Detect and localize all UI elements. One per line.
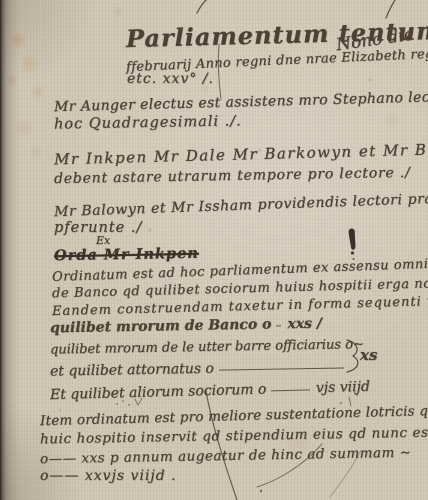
fee-connector-line	[219, 368, 344, 371]
entry-line: Mr Inkpen Mr Dale Mr Barkowyn et Mr Berk…	[54, 141, 428, 168]
ink-speck	[128, 404, 130, 406]
pen-trial-mark	[197, 0, 206, 13]
entry-line: Mr Aunger electus est assistens mro Step…	[54, 90, 428, 116]
fee-connector-line	[271, 390, 310, 392]
ink-speck	[340, 402, 342, 404]
ink-speck	[116, 403, 118, 405]
fee-label: et quilibet attornatus o	[50, 362, 214, 380]
struck-entry: Orda Mr Inkpen	[54, 246, 199, 264]
heading-regnal-year: etc. xxv° /.	[127, 72, 214, 87]
manuscript-page: Parliamentum tentum Nono die ffebruarij …	[0, 0, 428, 500]
heading-descender-stroke	[218, 44, 221, 99]
fee-connector-line	[276, 326, 281, 327]
struck-entry-superscript: Ex	[96, 235, 110, 247]
fee-label: Et quilibet aliorum sociorum o	[50, 383, 267, 404]
pen-trial-mark	[386, 0, 395, 18]
entry-line: hoc Quadragesimali ./.	[54, 114, 242, 133]
fee-row: quilibet mrorum de le utter barre offici…	[50, 338, 348, 357]
stray-stroke-dot	[260, 490, 262, 492]
fee-amount: xxs /	[287, 317, 322, 333]
fee-row: Et quilibet aliorum sociorum o vjs viijd	[50, 380, 370, 404]
fee-amount: vjs viijd	[316, 380, 370, 397]
entry-line: Mr Balowyn et Mr Issham providendis lect…	[54, 191, 428, 221]
entry-line: debent astare utrarum tempore pro lector…	[54, 166, 411, 188]
fee-row: quilibet mrorum de Banco o xxs /	[50, 317, 322, 337]
fee-bracket-amount: xs	[360, 347, 377, 364]
item-line: huic hospitio inservit qd stipendium eiu…	[40, 426, 428, 448]
item-line: o—— xxs p annum augeatur de hinc ad summ…	[40, 446, 412, 467]
ink-blot	[349, 229, 356, 250]
ink-blot-dot	[351, 251, 354, 254]
item-line: o—— xxvjs viijd .	[40, 469, 177, 484]
fee-label: quilibet mrorum de le utter barre offici…	[50, 338, 364, 358]
fee-label: quilibet mrorum de Banco o	[50, 318, 272, 337]
fee-row: et quilibet attornatus o	[50, 359, 350, 380]
